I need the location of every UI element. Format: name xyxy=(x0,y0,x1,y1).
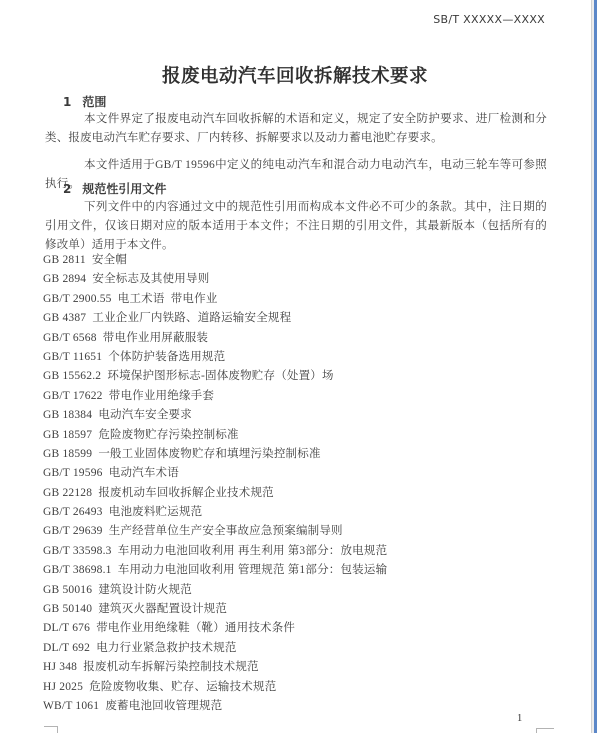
reference-item: GB/T 29639 生产经营单位生产安全事故应急预案编制导则 xyxy=(43,522,503,541)
section-2-heading: 2规范性引用文件 xyxy=(63,180,166,197)
reference-item: GB 15562.2 环境保护图形标志-固体废物贮存（处置）场 xyxy=(43,367,503,386)
section-1-title: 范围 xyxy=(82,93,106,110)
body-paragraph: 本文件界定了报废电动汽车回收拆解的术语和定义，规定了安全防护要求、进厂检测和分类… xyxy=(45,110,547,148)
standard-code: SB/T XXXXX—XXXX xyxy=(433,13,545,26)
reference-item: HJ 2025 危险废物收集、贮存、运输技术规范 xyxy=(43,678,503,697)
reference-item: GB 50140 建筑灭火器配置设计规范 xyxy=(43,600,503,619)
reference-item: GB 18597 危险废物贮存污染控制标准 xyxy=(43,426,503,445)
reference-item: DL/T 692 电力行业紧急救护技术规范 xyxy=(43,639,503,658)
reference-item: GB/T 19596 电动汽车术语 xyxy=(43,464,503,483)
body-paragraph: 下列文件中的内容通过文中的规范性引用而构成本文件必不可少的条款。其中，注日期的引… xyxy=(45,198,547,255)
document-page: SB/T XXXXX—XXXX 报废电动汽车回收拆解技术要求 1范围 本文件界定… xyxy=(0,0,597,733)
document-title: 报废电动汽车回收拆解技术要求 xyxy=(45,62,545,88)
reference-item: GB 22128 报废机动车回收拆解企业技术规范 xyxy=(43,484,503,503)
reference-item: WB/T 1061 废蓄电池回收管理规范 xyxy=(43,697,503,716)
reference-item: GB 50016 建筑设计防火规范 xyxy=(43,581,503,600)
section-1-number: 1 xyxy=(63,95,71,109)
reference-item: GB 4387 工业企业厂内铁路、道路运输安全规程 xyxy=(43,309,503,328)
reference-item: HJ 348 报废机动车拆解污染控制技术规范 xyxy=(43,658,503,677)
section-2-title: 规范性引用文件 xyxy=(82,180,166,197)
reference-item: GB/T 33598.3 车用动力电池回收利用 再生利用 第3部分：放电规范 xyxy=(43,542,503,561)
reference-item: GB/T 6568 带电作业用屏蔽服装 xyxy=(43,329,503,348)
reference-item: GB 2894 安全标志及其使用导则 xyxy=(43,270,503,289)
reference-item: GB 18384 电动汽车安全要求 xyxy=(43,406,503,425)
section-2-number: 2 xyxy=(63,182,71,196)
reference-item: GB 18599 一般工业固体废物贮存和填埋污染控制标准 xyxy=(43,445,503,464)
reference-item: GB/T 38698.1 车用动力电池回收利用 管理规范 第1部分：包装运输 xyxy=(43,561,503,580)
reference-item: GB/T 2900.55 电工术语 带电作业 xyxy=(43,290,503,309)
reference-item: GB/T 26493 电池废料贮运规范 xyxy=(43,503,503,522)
reference-item: GB/T 11651 个体防护装备选用规范 xyxy=(43,348,503,367)
normative-references-list: GB 2811 安全帽GB 2894 安全标志及其使用导则GB/T 2900.5… xyxy=(43,251,503,716)
reference-item: DL/T 676 带电作业用绝缘鞋（靴）通用技术条件 xyxy=(43,619,503,638)
reference-item: GB/T 17622 带电作业用绝缘手套 xyxy=(43,387,503,406)
section-1-heading: 1范围 xyxy=(63,93,106,110)
text-boundary-mark-left xyxy=(44,726,58,733)
page-number: 1 xyxy=(517,713,522,724)
text-boundary-mark-right xyxy=(536,728,554,733)
reference-item: GB 2811 安全帽 xyxy=(43,251,503,270)
